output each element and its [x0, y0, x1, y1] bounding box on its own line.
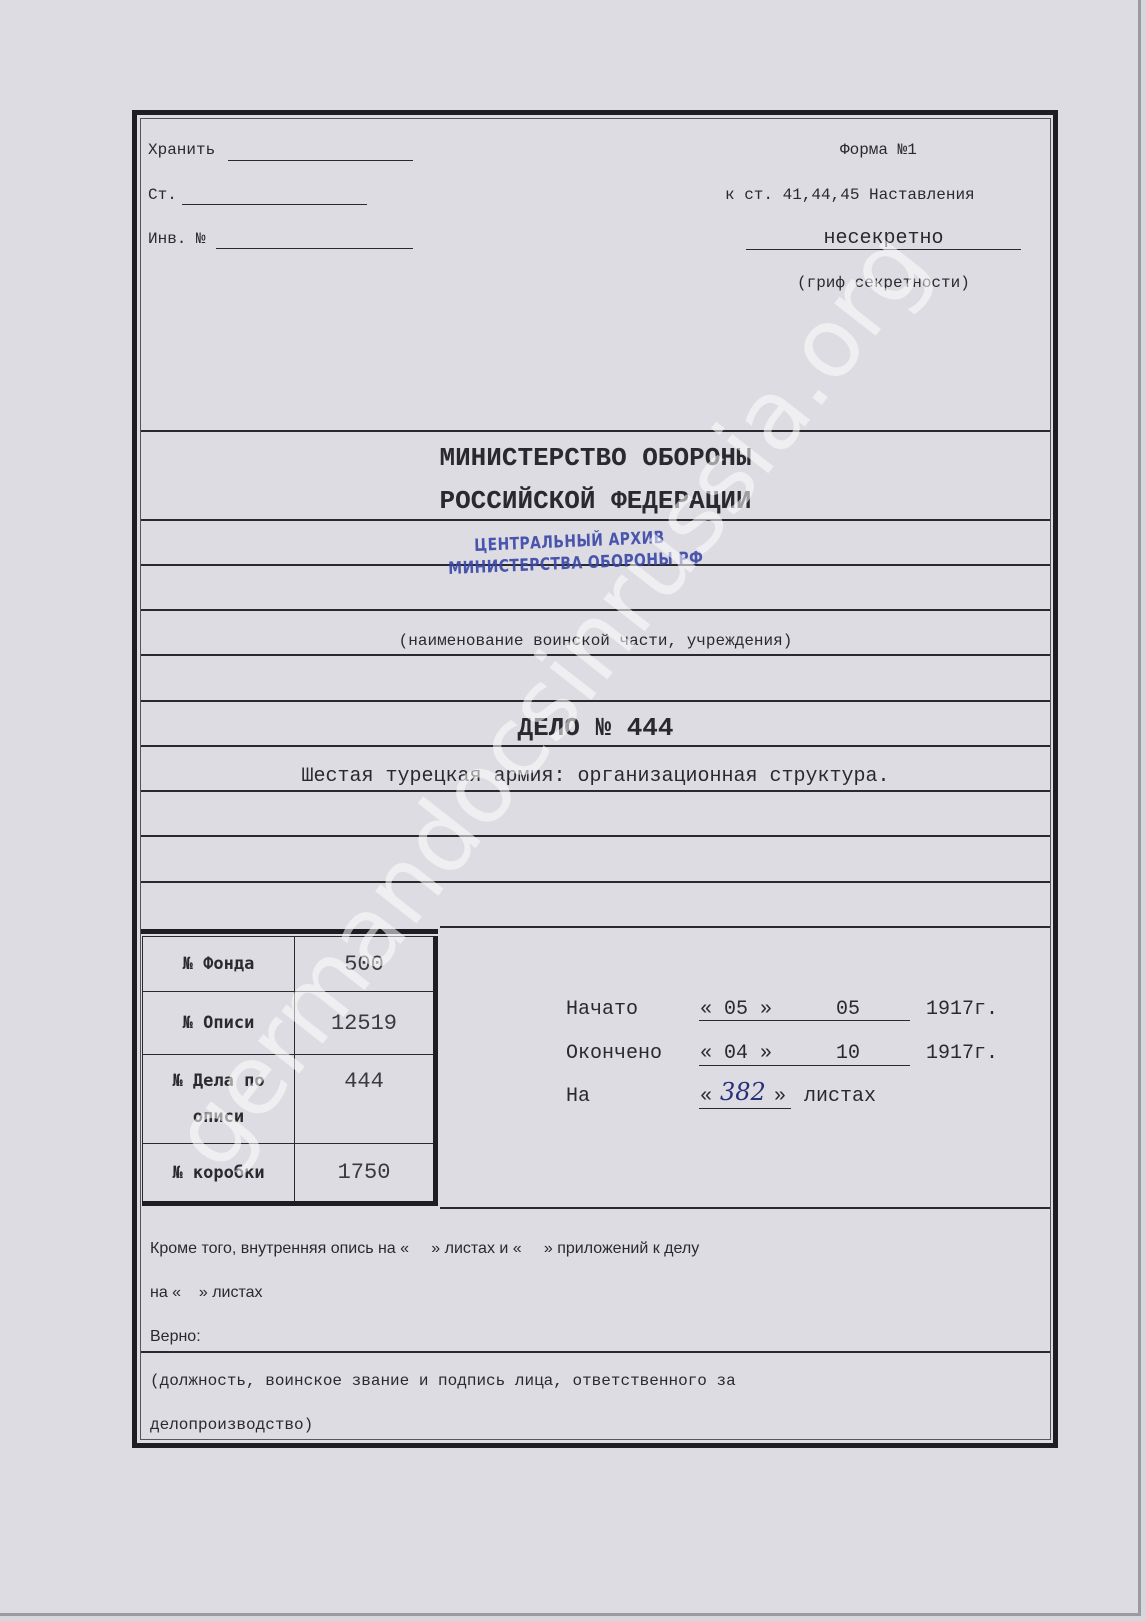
ended-year: 1917г. — [926, 1043, 998, 1065]
meta-value: 444 — [295, 1055, 436, 1144]
sheets-open-quote: « — [700, 1086, 712, 1108]
inventory-field — [216, 248, 413, 249]
responsible-line-1: (должность, воинское звание и подпись ли… — [150, 1372, 736, 1390]
meta-row: № Описи 12519 — [143, 992, 436, 1055]
responsible-line-2: делопроизводство) — [150, 1416, 313, 1434]
form-label: Форма №1 — [840, 141, 917, 159]
meta-row: № Фонда 500 — [143, 937, 436, 992]
meta-value: 500 — [295, 937, 436, 992]
case-subject: Шестая турецкая армия: организационная с… — [141, 766, 1050, 788]
rule — [141, 1351, 1050, 1353]
meta-label: № Фонда — [143, 937, 295, 992]
sheets-close-quote: » — [774, 1086, 786, 1108]
form-reference: к ст. 41,44,45 Наставления — [725, 186, 975, 204]
sheets-count-handwritten: 382 — [720, 1078, 766, 1106]
meta-label: № коробки — [143, 1144, 295, 1204]
secrecy-underline — [746, 249, 1021, 250]
sheets-prefix: На — [566, 1086, 590, 1108]
verified-label: Верно: — [150, 1328, 201, 1346]
rule — [141, 430, 1050, 432]
rule — [141, 654, 1050, 656]
rule — [141, 790, 1050, 792]
rule — [141, 609, 1050, 611]
rule — [141, 745, 1050, 747]
meta-row: № Дела по описи 444 — [143, 1055, 436, 1144]
started-label: Начато — [566, 999, 638, 1021]
org-line-2: РОССИЙСКОЙ ФЕДЕРАЦИИ — [141, 486, 1050, 516]
keep-label: Хранить — [148, 141, 215, 159]
rule — [141, 881, 1050, 883]
article-field — [182, 204, 367, 205]
meta-value: 12519 — [295, 992, 436, 1055]
sheets-suffix: листах — [804, 1086, 876, 1108]
inventory-label: Инв. № — [148, 230, 206, 248]
org-line-1: МИНИСТЕРСТВО ОБОРОНЫ — [141, 443, 1050, 473]
ended-day: « 04 » — [700, 1043, 772, 1065]
secrecy-value: несекретно — [746, 228, 1021, 250]
meta-value: 1750 — [295, 1144, 436, 1204]
article-label: Ст. — [148, 186, 177, 204]
additional-inventory-line-2: на « » листах — [150, 1284, 263, 1302]
ended-month: 10 — [836, 1043, 860, 1065]
rule — [141, 519, 1050, 521]
keep-field — [228, 160, 413, 161]
case-title: ДЕЛО № 444 — [141, 713, 1050, 743]
org-caption: (наименование воинской части, учреждения… — [141, 632, 1050, 650]
started-day: « 05 » — [700, 999, 772, 1021]
meta-table: № Фонда 500 № Описи 12519 № Дела по опис… — [142, 936, 438, 1206]
rule — [440, 926, 1050, 928]
started-underline — [699, 1020, 910, 1021]
sheets-underline — [699, 1108, 791, 1109]
ended-underline — [699, 1065, 910, 1066]
meta-label: № Описи — [143, 992, 295, 1055]
started-month: 05 — [836, 999, 860, 1021]
rule — [141, 700, 1050, 702]
started-year: 1917г. — [926, 999, 998, 1021]
meta-table-frame — [141, 929, 438, 934]
rule — [440, 1207, 1050, 1209]
secrecy-caption: (гриф секретности) — [797, 274, 970, 292]
meta-row: № коробки 1750 — [143, 1144, 436, 1204]
additional-inventory-line-1: Кроме того, внутренняя опись на « » лист… — [150, 1240, 699, 1258]
meta-label: № Дела по описи — [143, 1055, 295, 1144]
rule — [141, 835, 1050, 837]
ended-label: Окончено — [566, 1043, 662, 1065]
